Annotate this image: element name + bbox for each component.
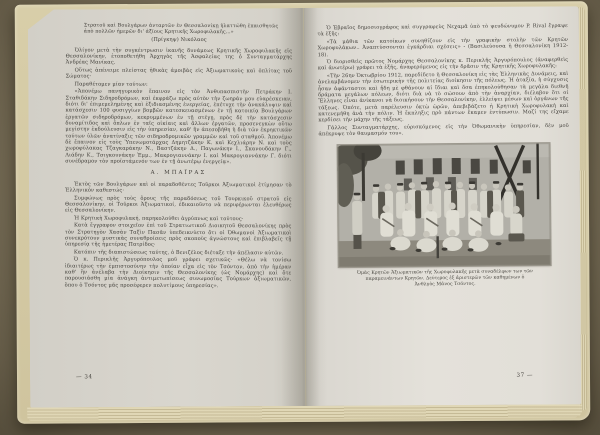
paragraph: Παραθέτομεν μίαν τούτων:: [66, 81, 293, 88]
paragraph: Ὀλίγον μετὰ τὴν συγκέντρωσιν ἱκανῆς δυνά…: [66, 47, 293, 67]
left-page-number: — 34: [76, 374, 93, 380]
left-page: Στρατοῦ καὶ Βουλγάρων ἀνταρτῶν ἐν Θεσσαλ…: [28, 8, 306, 408]
paragraph: Ὁ διορισθεὶς πρῶτος Νομάρχης Θεσσαλονίκη…: [317, 57, 568, 72]
paragraph: Συμφώνως πρὸς τοὺς ὅρους τῆς παραδόσεως …: [65, 195, 292, 215]
paragraph: Κατὰ ἔγγραφον στοιχεῖον ἐπὶ τοῦ Στρατιωτ…: [65, 223, 292, 249]
paragraph: Ἡ Κρητικὴ Χωροφυλακή, παρηκολούθει ἀγρύπ…: [65, 215, 292, 222]
paragraph: Οὕτως ἀπένειμε πλείστας ἠθικὰς ἀμοιβὰς ε…: [66, 67, 293, 81]
right-page-text: Ὁ Ἑβραῖος δημοσιογράφος καὶ συγγραφεὺς Ν…: [317, 23, 570, 289]
paragraph: Κατόπιν τῆς διαπιστώσεως ταύτης, ὁ Βενιζ…: [65, 249, 292, 256]
quote-attribution: (Πρίγκηψ) Νικόλαος: [66, 37, 293, 44]
right-page-number: 37 —: [516, 373, 533, 379]
book: Στρατοῦ καὶ Βουλγάρων ἀνταρτῶν ἐν Θεσσαλ…: [15, 1, 591, 423]
group-photo: [337, 143, 550, 267]
paragraph: «Τὴν 26ην Ὀκτωβρίου 1912, παρεδίδετο ἡ Θ…: [317, 71, 568, 124]
photo-caption: Ὁμὰς Κρητῶν Ἀξιωματικῶν τῆς Χωροφυλακῆς …: [356, 269, 534, 288]
section-heading: Α. ΜΠΑΪΡΑΣ: [65, 170, 292, 177]
paragraph: «Ἀπονέμω πανηγυρικὸν ἔπαινον εἰς τὸν Ἀνθ…: [65, 89, 292, 166]
right-page: Ὁ Ἑβραῖος δημοσιογράφος καὶ συγγραφεὺς Ν…: [303, 6, 581, 406]
page-spread: Στρατοῦ καὶ Βουλγάρων ἀνταρτῶν ἐν Θεσσαλ…: [28, 6, 581, 407]
paragraph-list-bottom: Ἐκτὸς τῶν Βουλγάρων καὶ οἱ παραδοθέντες …: [65, 181, 292, 289]
paragraph: Ἐκτὸς τῶν Βουλγάρων καὶ οἱ παραδοθέντες …: [65, 181, 292, 195]
photo-of-open-book: { "book": { "left_page": { "quote": "Στρ…: [0, 0, 600, 435]
group-photo-image: [337, 143, 550, 267]
left-page-text: Στρατοῦ καὶ Βουλγάρων ἀνταρτῶν ἐν Θεσσαλ…: [65, 22, 293, 290]
paragraph-list: Ὁ Ἑβραῖος δημοσιογράφος καὶ συγγραφεὺς Ν…: [317, 23, 569, 138]
paragraph: Γάλλος Συνταγματάρχης, εὑρισκόμενος εἰς …: [318, 123, 569, 138]
paragraph: «Τὰ μάθια τῶν κατοίκων συνηθίζουν εἰς τὴ…: [317, 37, 568, 58]
opening-quote: Στρατοῦ καὶ Βουλγάρων ἀνταρτῶν ἐν Θεσσαλ…: [84, 23, 279, 37]
paragraph: Ὁ Ἑβραῖος δημοσιογράφος καὶ συγγραφεὺς Ν…: [317, 23, 568, 38]
paragraph: Ὁ κ. Περικλῆς Ἀργυρόπουλος μοῦ γράφει σχ…: [65, 257, 292, 290]
paragraph-list-top: Ὀλίγον μετὰ τὴν συγκέντρωσιν ἱκανῆς δυνά…: [65, 47, 292, 166]
